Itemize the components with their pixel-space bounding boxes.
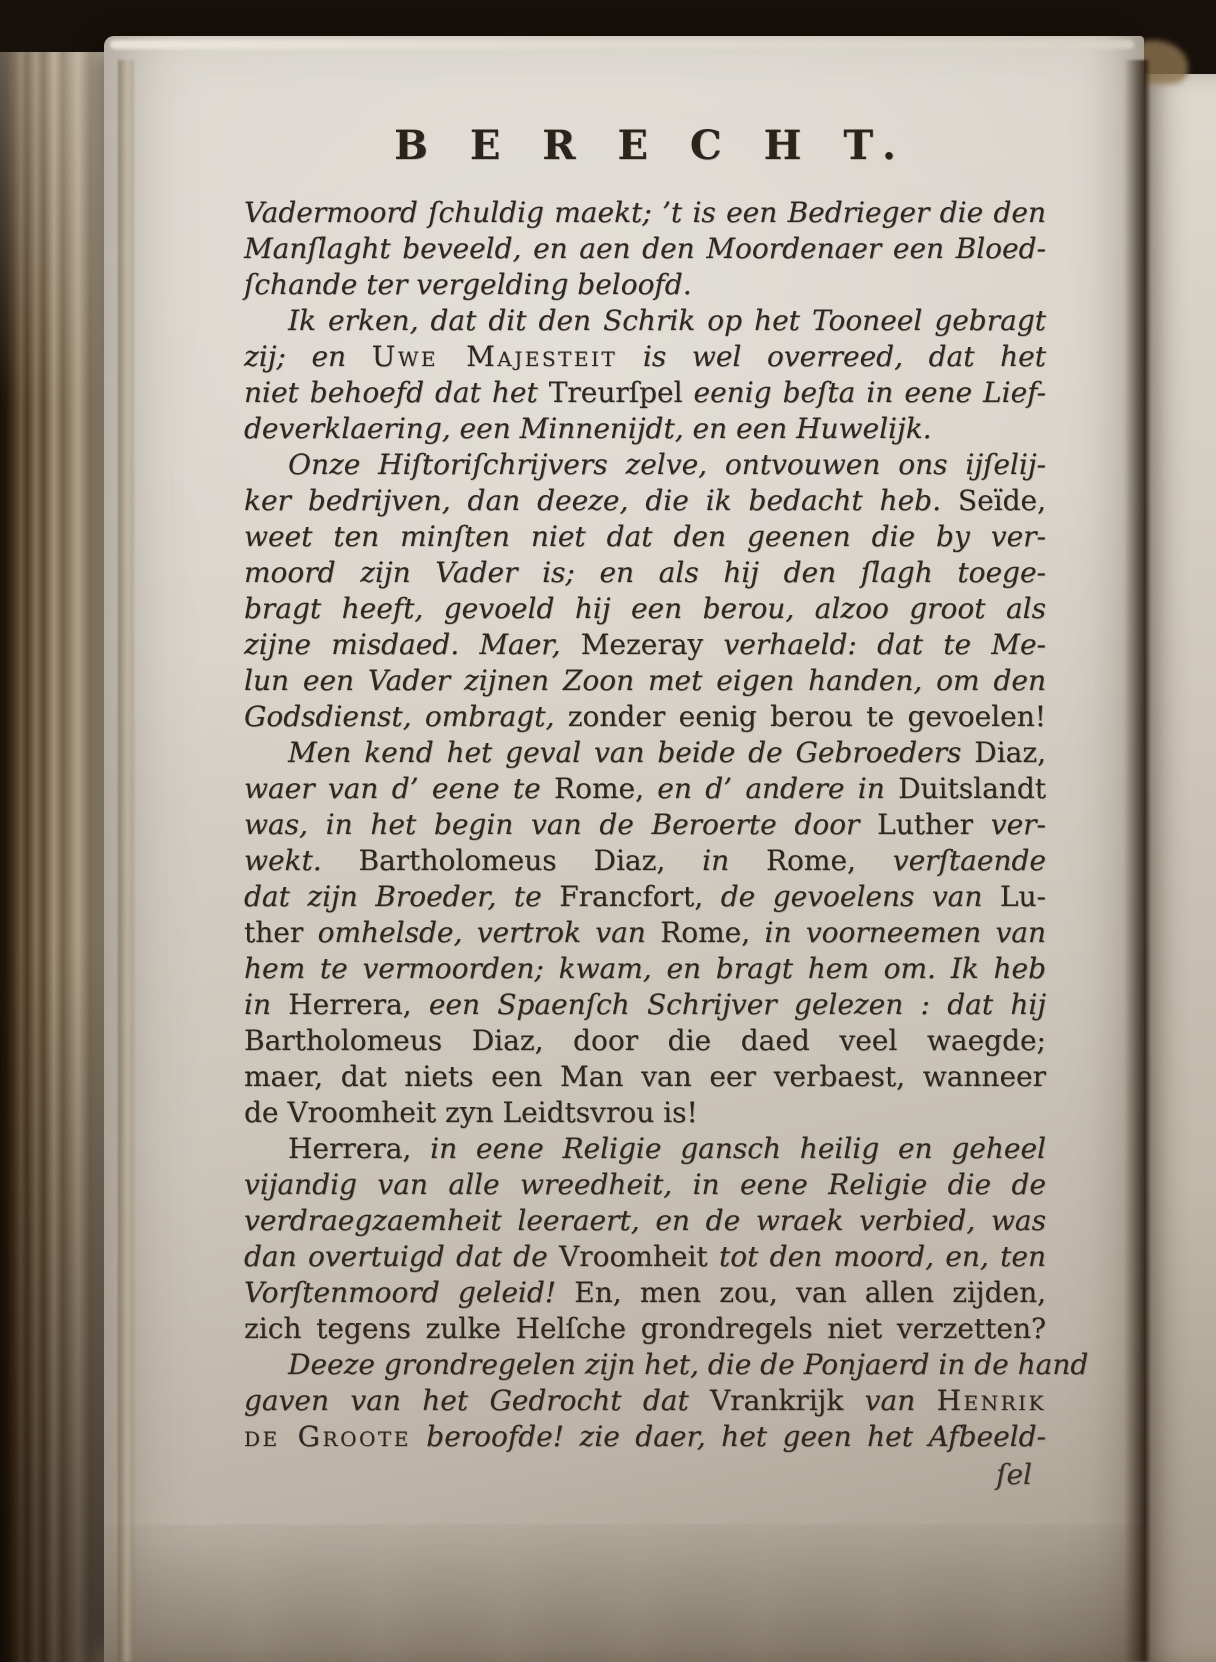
text-line: waer van d’ eene te Rome, en d’ andere i…	[244, 771, 1046, 807]
text-segment: Onze Hiſtoriſchrijvers zelve, ontvouwen …	[288, 448, 1046, 481]
text-segment: ſchande ter vergelding beloofd.	[244, 268, 692, 301]
text-segment: in	[244, 988, 288, 1021]
text-segment: vijandig van alle wreedheit, in eene Rel…	[244, 1168, 1046, 1201]
text-line: hem te vermoorden; kwam, en bragt hem om…	[244, 951, 1046, 987]
text-segment: Mezeray	[581, 628, 703, 661]
text-segment: zijne misdaed. Maer,	[244, 628, 581, 661]
text-segment: dan overtuigd dat de	[244, 1240, 559, 1273]
text-line: verdraegzaemheit leeraert, en de wraek v…	[244, 1203, 1046, 1239]
leaf-fold-shadow	[118, 60, 134, 1662]
text-segment: een Spaenſch Schrijver gelezen : dat hij	[412, 988, 1046, 1021]
page-title: B E R E C H T.	[258, 122, 1046, 169]
text-segment: waer van d’ eene te	[244, 772, 554, 805]
text-line: was, in het begin van de Beroerte door L…	[244, 807, 1046, 843]
text-segment: wekt.	[244, 844, 359, 877]
text-line: maer, dat niets een Man van eer verbaest…	[244, 1059, 1046, 1095]
book-page: B E R E C H T. Vadermoord ſchuldig maekt…	[104, 36, 1144, 1662]
text-line: Manſlaght beveeld, en aen den Moordenaer…	[244, 231, 1046, 267]
text-segment: Bartholomeus Diaz,	[359, 844, 666, 877]
text-segment: Diaz,	[974, 736, 1046, 769]
text-segment: van	[843, 1384, 936, 1417]
text-line: Men kend het geval van beide de Gebroede…	[244, 735, 1046, 771]
text-segment: maer, dat niets een Man van eer verbaest…	[244, 1060, 1046, 1093]
text-line: lun een Vader zijnen Zoon met eigen hand…	[244, 663, 1046, 699]
text-line: Ik erken, dat dit den Schrik op het Toon…	[244, 303, 1046, 339]
text-segment: Herrera,	[288, 988, 411, 1021]
text-line: Vorſtenmoord geleid! En, men zou, van al…	[244, 1275, 1046, 1311]
text-segment: de Vroomheit zyn Leidtsvrou is!	[244, 1096, 698, 1129]
text-segment: omhelsde, vertrok van	[318, 916, 661, 949]
text-segment: eenig beſta in eene Lief-	[683, 376, 1046, 409]
text-segment: Seïde,	[958, 484, 1046, 517]
catchword: ſel	[244, 1455, 1046, 1495]
text-segment: niet behoefd dat het	[244, 376, 549, 409]
text-segment: zich tegens zulke Helſche grondregels ni…	[244, 1312, 1046, 1345]
text-segment: was, in het begin van de Beroerte door	[244, 808, 877, 841]
text-segment: Rome,	[766, 844, 856, 877]
text-segment: lun een Vader zijnen Zoon met eigen hand…	[244, 664, 1046, 697]
text-line: zich tegens zulke Helſche grondregels ni…	[244, 1311, 1046, 1347]
text-segment: tot den moord, en, ten	[708, 1240, 1046, 1273]
text-segment: Bartholomeus Diaz, door die daed veel wa…	[244, 1024, 1046, 1057]
text-line: deverklaering, een Minnenijdt, en een Hu…	[244, 411, 1046, 447]
text-segment: Rome,	[660, 916, 750, 949]
text-segment: de gevoelens van	[703, 880, 1000, 913]
text-segment: Lu-	[1000, 880, 1046, 913]
text-line: Herrera, in eene Religie gansch heilig e…	[244, 1131, 1046, 1167]
text-line: zij; en Uwe Majesteit is wel overreed, d…	[244, 339, 1046, 375]
text-segment: zij; en	[244, 340, 372, 373]
text-segment: Godsdienst, ombragt,	[244, 700, 568, 733]
text-segment: en d’ andere in	[644, 772, 898, 805]
text-segment: in eene Religie gansch heilig en geheel	[411, 1132, 1046, 1165]
text-segment: ver-	[973, 808, 1046, 841]
text-segment: Vorſtenmoord geleid!	[244, 1276, 574, 1309]
text-segment: Men kend het geval van beide de Gebroede…	[288, 736, 974, 769]
text-segment: de Groote	[244, 1420, 411, 1453]
text-segment: Rome,	[554, 772, 644, 805]
text-line: ker bedrijven, dan deeze, die ik bedacht…	[244, 483, 1046, 519]
text-segment: Vrankrijk	[710, 1384, 843, 1417]
text-line: in Herrera, een Spaenſch Schrijver gelez…	[244, 987, 1046, 1023]
text-segment: Duitslandt	[898, 772, 1046, 805]
text-segment: verhaeld: dat te Me-	[703, 628, 1046, 661]
text-segment: zonder eenig berou te gevoelen!	[568, 700, 1046, 733]
text-block: B E R E C H T. Vadermoord ſchuldig maekt…	[244, 102, 1046, 1495]
text-segment: dat zijn Broeder, te	[244, 880, 559, 913]
text-line: Deeze grondregelen zijn het, die de Ponj…	[244, 1347, 1046, 1383]
text-line: dat zijn Broeder, te Francfort, de gevoe…	[244, 879, 1046, 915]
text-segment: moord zijn Vader is; en als hij den ſlag…	[244, 556, 1046, 589]
text-segment: bragt heeft, gevoeld hij een berou, alzo…	[244, 592, 1046, 625]
text-segment: hem te vermoorden; kwam, en bragt hem om…	[244, 952, 1046, 985]
text-segment: Manſlaght beveeld, en aen den Moordenaer…	[244, 232, 1046, 265]
text-line: moord zijn Vader is; en als hij den ſlag…	[244, 555, 1046, 591]
gutter-shadow	[1124, 60, 1150, 1662]
text-segment: ther	[244, 916, 318, 949]
text-line: weet ten minſten niet dat den geenen die…	[244, 519, 1046, 555]
text-segment: deverklaering, een Minnenijdt, en een Hu…	[244, 412, 932, 445]
text-line: ſchande ter vergelding beloofd.	[244, 267, 1046, 303]
text-segment: Deeze grondregelen zijn het, die de Ponj…	[288, 1348, 1088, 1381]
text-segment: verſtaende	[856, 844, 1046, 877]
text-segment: Treurſpel	[549, 376, 683, 409]
text-segment: ker bedrijven, dan deeze, die ik bedacht…	[244, 484, 958, 517]
text-line: ther omhelsde, vertrok van Rome, in voor…	[244, 915, 1046, 951]
text-segment: gaven van het Gedrocht dat	[244, 1384, 710, 1417]
text-segment: En, men zou, van allen zijden,	[574, 1276, 1046, 1309]
book-photograph: B E R E C H T. Vadermoord ſchuldig maekt…	[0, 0, 1216, 1662]
text-segment: Herrera,	[288, 1132, 411, 1165]
text-segment: Henrik	[937, 1384, 1046, 1417]
text-line: dan overtuigd dat de Vroomheit tot den m…	[244, 1239, 1046, 1275]
text-line: Vadermoord ſchuldig maekt; ’t is een Bed…	[244, 195, 1046, 231]
body-text: Vadermoord ſchuldig maekt; ’t is een Bed…	[244, 195, 1046, 1455]
text-line: Godsdienst, ombragt, zonder eenig berou …	[244, 699, 1046, 735]
text-line: Bartholomeus Diaz, door die daed veel wa…	[244, 1023, 1046, 1059]
facing-page-edge	[1142, 74, 1216, 1662]
text-segment: in	[665, 844, 766, 877]
text-line: wekt. Bartholomeus Diaz, in Rome, verſta…	[244, 843, 1046, 879]
text-line: zijne misdaed. Maer, Mezeray verhaeld: d…	[244, 627, 1046, 663]
text-line: gaven van het Gedrocht dat Vrankrijk van…	[244, 1383, 1046, 1419]
text-segment: beroofde! zie daer, het geen het Afbeeld…	[411, 1420, 1046, 1453]
text-line: niet behoefd dat het Treurſpel eenig beſ…	[244, 375, 1046, 411]
text-segment: weet ten minſten niet dat den geenen die…	[244, 520, 1046, 553]
text-line: de Groote beroofde! zie daer, het geen h…	[244, 1419, 1046, 1455]
text-segment: Vadermoord ſchuldig maekt; ’t is een Bed…	[244, 196, 1046, 229]
text-segment: Uwe Majesteit	[372, 340, 618, 373]
text-segment: Vroomheit	[559, 1240, 708, 1273]
text-segment: Ik erken, dat dit den Schrik op het Toon…	[288, 304, 1046, 337]
text-line: vijandig van alle wreedheit, in eene Rel…	[244, 1167, 1046, 1203]
text-segment: verdraegzaemheit leeraert, en de wraek v…	[244, 1204, 1046, 1237]
text-segment: Luther	[877, 808, 973, 841]
text-line: bragt heeft, gevoeld hij een berou, alzo…	[244, 591, 1046, 627]
text-segment: is wel overreed, dat het	[617, 340, 1046, 373]
text-segment: Francfort,	[559, 880, 703, 913]
text-line: de Vroomheit zyn Leidtsvrou is!	[244, 1095, 1046, 1131]
text-line: Onze Hiſtoriſchrijvers zelve, ontvouwen …	[244, 447, 1046, 483]
text-segment: in voorneemen van	[750, 916, 1046, 949]
